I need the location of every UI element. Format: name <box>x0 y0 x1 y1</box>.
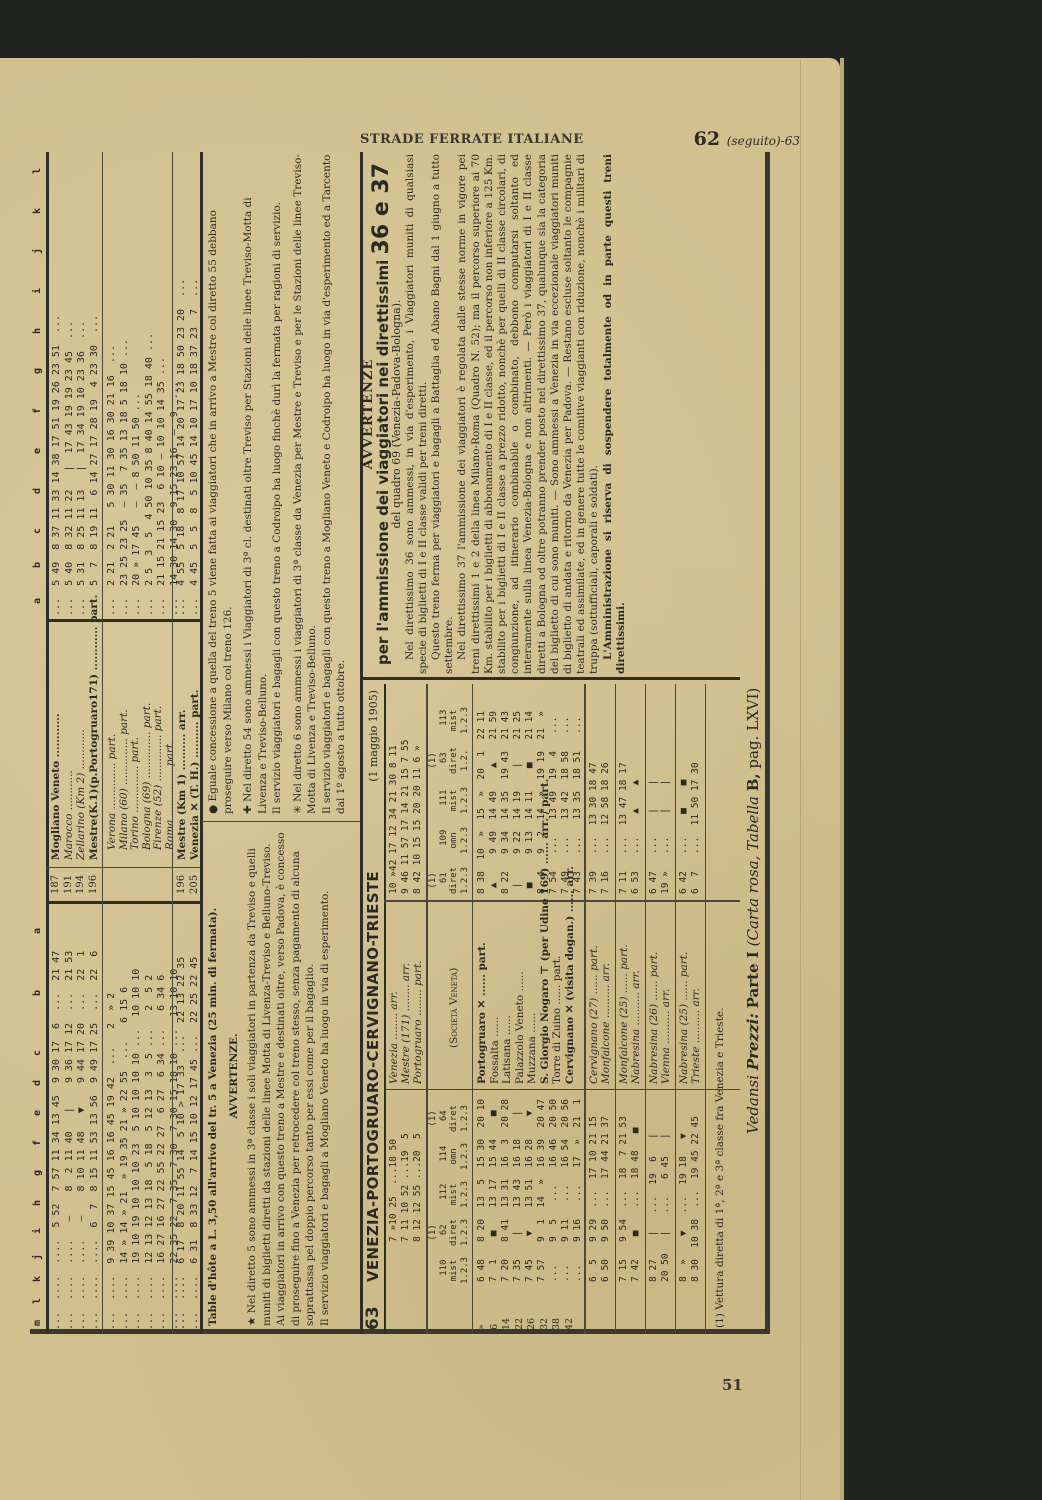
km-marker: 187 <box>50 875 61 894</box>
station-name: Venezia ✕ (T. H.) .......... part. <box>189 690 201 860</box>
connection-station: Torino .............. part. <box>129 737 141 850</box>
station-name: Mestre(K.1)(p.Portogruaro171) ..........… <box>88 595 100 860</box>
time-row: 10 »42 17 12 34 21 30 8 11 <box>388 745 400 894</box>
table-63-header: 63 VENEZIA-PORTOGRUARO-CERVIGNANO-TRIEST… <box>362 684 386 1334</box>
km-marker: 196 <box>88 875 99 894</box>
divider <box>615 684 616 1334</box>
time-row: 8 » ▼ ... 19 18 ▼ <box>678 1133 690 1282</box>
station-name: Torre di Zuino ...... part. <box>551 956 563 1084</box>
directissimi-notes: AVVERTENZE per l'ammissione dei viaggiat… <box>362 154 740 674</box>
km-marker: 38 <box>551 1318 563 1330</box>
note-servizio-mogliano: Il servizio viaggiatori e bagagli a Mogl… <box>318 826 333 1326</box>
connection-station: Verona .............. part. <box>106 734 118 850</box>
running-title: STRADE FERRATE ITALIANE <box>360 132 584 147</box>
time-row: 7 16 ... 12 58 18 26 <box>600 762 612 894</box>
column-letter: g <box>32 1170 43 1176</box>
column-letter: f <box>32 1140 43 1146</box>
company-name: (Società Veneta) <box>448 968 460 1048</box>
time-row: ... .... 19 10 19 10 10 10 23 5 10 10 10… <box>130 969 143 1330</box>
time-row: ... 2 5 3 5 4 50 10 35 8 40 14 55 18 40 … <box>143 333 156 616</box>
connection-station: Bologna (69) .............. part. <box>141 703 153 850</box>
km-marker: 32 <box>539 1318 551 1330</box>
time-row: ■ 9 13 14 11 ■ 21 14 <box>524 711 536 894</box>
time-row: 6 7 ... 11 50 17 30 <box>690 762 702 894</box>
note-diretto-54: ✚ Nel diretto 54 sono ammessi i Viaggiat… <box>241 154 270 814</box>
table-63: 63 VENEZIA-PORTOGRUARO-CERVIGNANO-TRIEST… <box>362 684 740 1334</box>
time-row: ... .... 6 31 8 33 12 7 14 15 10 12 17 4… <box>188 957 201 1330</box>
connection-station: Firenze (52) .............. part. <box>152 706 164 850</box>
column-letter: h <box>32 328 43 334</box>
time-row: 7 20 8 41 13 31 16 3 20 28 <box>500 1099 512 1282</box>
train-header: 109 omn 1.2.3 <box>428 827 470 854</box>
table-title: VENEZIA-PORTOGRUARO-CERVIGNANO-TRIESTE <box>364 871 382 1282</box>
time-row: ... 9 5 ... 16 46 20 50 <box>548 1099 560 1282</box>
column-letter: d <box>32 1080 43 1086</box>
directissimi-p2: Questo treno ferma per viaggiatori e bag… <box>430 154 456 674</box>
column-letter: l <box>32 168 43 174</box>
time-row: 8 42 10 15 15 20 20 11 6 » <box>412 745 424 894</box>
column-letter: k <box>32 208 43 214</box>
time-row: ... 9 11 ... 16 54 20 56 <box>560 1099 572 1282</box>
column-letter: a <box>32 598 43 604</box>
divider <box>472 684 473 1334</box>
station-name: Portogruaro ✕ ...... part. <box>476 942 488 1084</box>
page-ref: 62 (seguito)-63 <box>694 128 800 150</box>
train-header: 113 mist 1.2.3 <box>428 707 470 734</box>
time-row: 7 42 ■ ... 18 48 ■ <box>630 1128 642 1282</box>
column-letter: i <box>32 288 43 294</box>
km-marker: 6 <box>489 1324 501 1330</box>
km-marker: 194 <box>75 875 86 894</box>
station-name: Latisana ...... <box>501 1015 513 1084</box>
time-row: ... 5 31 8 25 11 13 | 17 34 19 10 23 36 … <box>75 321 88 616</box>
station-name: Mestre (171) ........ arr. <box>400 963 412 1084</box>
station-name: Palazzolo Veneto ...... <box>514 971 526 1084</box>
time-row: 7 45 ▼ 13 51 16 28 ▼ <box>524 1110 536 1282</box>
train-header: (1) 61 diret 1.2.3 <box>428 867 470 894</box>
train-header: (1) 63 diret 1.2. <box>428 747 470 774</box>
book-spine <box>840 58 844 1500</box>
station-name: Marocco ............ <box>63 770 75 860</box>
station-name: Muzzana ...... <box>526 1013 538 1084</box>
divider <box>675 684 676 1334</box>
note-diretto-6: ✳ Nel diretto 6 sono ammessi i viaggiato… <box>291 154 320 814</box>
column-letter: k <box>32 1276 43 1282</box>
time-row: 6 42 ... ■ ■ <box>678 780 690 894</box>
column-letter: j <box>32 248 43 254</box>
time-row: ... 2 21 2 21 5 30 11 30 16 30 21 16 ... <box>105 345 118 616</box>
notes-band: Table d'hôte a L. 3,50 all'arrivo del tr… <box>202 152 362 1334</box>
directissimi-p3: Nel direttissimo 37 l'ammissione dei via… <box>456 154 601 674</box>
column-letter: l <box>32 1298 43 1304</box>
column-letter: f <box>32 408 43 414</box>
km-marker: 14 <box>501 1318 513 1330</box>
column-letter: c <box>32 528 43 534</box>
column-letter: m <box>32 1320 43 1326</box>
time-row: 7 49 ... 13 42 18 58 ... <box>560 717 572 894</box>
time-row: 6 53 ... ▲ ▲ <box>630 780 642 894</box>
time-row: ... 9 16 ... 17 » 21 1 <box>572 1099 584 1282</box>
time-row: ... 5 7 8 19 11 6 14 27 17 28 19 4 23 30… <box>88 315 101 616</box>
station-name: Monfalcone (25) ...... part. <box>618 944 630 1084</box>
column-letter: i <box>32 1228 43 1234</box>
time-row: ... .... .... — 8 10 11 48 ▼ 9 44 17 20 … <box>75 951 88 1330</box>
station-name: Nabresina .......... arr. <box>630 970 642 1084</box>
time-row: 6 48 8 20 13 5 15 30 20 10 <box>476 1099 488 1282</box>
divider <box>384 900 740 902</box>
time-row: 7 43 ... 13 35 18 51 ... <box>572 717 584 894</box>
station-name: Fossalta ...... <box>489 1017 501 1084</box>
time-row: ... 5 40 8 32 11 22 | 17 43 19 19 23 45 … <box>63 321 76 616</box>
lower-section: 63 VENEZIA-PORTOGRUARO-CERVIGNANO-TRIEST… <box>362 152 740 1334</box>
time-row: ... .... 12 13 12 13 18 5 18 5 12 13 3 5… <box>143 975 156 1330</box>
km-marker: 205 <box>189 875 200 894</box>
station-name: Portogruaro ........ part. <box>412 960 424 1084</box>
prices-footer: Vedansi Prezzi: Parte I (Carta rosa, Tab… <box>742 152 766 1334</box>
divider <box>384 1089 740 1090</box>
time-row: 8 38 10 » 15 » 20 1 22 11 <box>476 711 488 894</box>
column-letter: c <box>32 1050 43 1056</box>
km-marker: 42 <box>564 1318 576 1330</box>
column-letter: b <box>32 562 43 568</box>
directissimi-subtitle: per l'ammissione dei viaggiatori nei dir… <box>375 154 390 674</box>
km-marker: 26 <box>526 1318 538 1330</box>
time-row: 7 11 ... 13 47 18 17 <box>618 762 630 894</box>
divider <box>645 684 646 1334</box>
time-row: ... .... 9 39 10 37 15 45 16 16 45 19 42… <box>105 993 118 1330</box>
time-row: 7 39 ... 13 30 18 47 <box>588 762 600 894</box>
time-row: ... .... 16 27 16 27 22 55 22 27 6 27 6 … <box>155 975 168 1330</box>
note-diretto-6-servizio: Il servizio viaggiatori e bagagli con qu… <box>320 154 349 814</box>
time-row: 20 50 | ... 6 45 | <box>660 1133 672 1282</box>
train-header: 114 omn 1.2.3 <box>428 1143 470 1170</box>
running-header: STRADE FERRATE ITALIANE 62 (seguito)-63 <box>360 128 800 154</box>
time-row: 7 57 9 1 14 » 16 39 20 47 <box>536 1099 548 1282</box>
column-letter: e <box>32 1110 43 1116</box>
time-row: ... 21 15 21 15 23 6 10 — 10 10 14 35 ..… <box>155 357 168 616</box>
time-row: 7 35 | 13 43 16 18 | <box>512 1110 524 1282</box>
station-name: Mestre (Km 1) .......... arr. <box>176 710 188 861</box>
time-row: 8 30 10 38 ... 19 45 22 45 <box>690 1116 702 1282</box>
km-marker: » <box>476 1324 488 1330</box>
station-name: Mogliano Veneto ............ <box>50 713 62 860</box>
column-letter: a <box>32 928 43 934</box>
station-name: Nabresina (25) ...... part. <box>678 952 690 1084</box>
train-header: 112 mist 1.2.3 <box>428 1181 470 1208</box>
time-row: 8 4 9 2 14 » 19 19 21 » <box>536 711 548 894</box>
page-number: 51 <box>722 1376 743 1394</box>
time-row: 7 54 ... 13 49 19 4 ... <box>548 717 560 894</box>
time-row: 7 1 ■ 13 17 15 44 ■ <box>488 1110 500 1282</box>
km-marker: 191 <box>63 875 74 894</box>
station-name: Cervignano ✕ (visita dogan.) ...... arr. <box>564 866 576 1084</box>
time-row: 8 22 9 34 14 35 19 43 21 43 <box>500 711 512 894</box>
station-name: Monfalcone .......... arr. <box>600 963 612 1084</box>
note-diretto-54-servizio: Il servizio viaggiatori e bagagli con qu… <box>270 154 285 814</box>
note-diretto-5: ★ Nel diretto 5 sono ammessi in 3ª class… <box>245 826 274 1326</box>
column-letter: b <box>32 990 43 996</box>
time-row: 7 11 10 52 ...19 5 <box>400 1133 412 1242</box>
divider <box>705 684 706 1334</box>
station-name: Trieste .......... arr. <box>690 988 702 1084</box>
station-name: Vienna .......... arr. <box>660 989 672 1084</box>
page-edge <box>800 60 839 1500</box>
directissimi-p4: L'Amministrazione si riserva di sospende… <box>602 154 628 674</box>
time-row: 19 » ... | | <box>660 780 672 894</box>
time-row: ▲ 9 49 14 49 ▲ 21 59 <box>488 711 500 894</box>
station-name: Cervignano (27) ...... part. <box>588 945 600 1084</box>
time-row: 8 12 12 55 ...20 5 <box>412 1133 424 1242</box>
station-list: 187Mogliano Veneto ............191Marocc… <box>48 624 202 864</box>
column-letters: mlkjihgfedcbaabcdefghijkl <box>32 152 46 1334</box>
time-row: ... 4 45 5 5 8 5 10 45 14 10 17 10 18 37… <box>188 279 201 616</box>
avvertenze-title: AVVERTENZE. <box>227 826 242 1326</box>
time-row: ... .... 14 » 14 » 21 » 19 35 21 » 22 55… <box>118 987 131 1330</box>
time-row: ... .... 6 17 8 20 11 55 14 5 10 > 17 33… <box>175 957 188 1330</box>
table-dhote-note: Table d'hôte a L. 3,50 all'arrivo del tr… <box>206 826 221 1326</box>
time-row: | 9 22 14 19 | 21 25 <box>512 711 524 894</box>
km-marker: 196 <box>176 875 187 894</box>
time-row: ... 23 25 23 25 — 35 7 35 13 18 5 18 10 … <box>118 339 131 616</box>
train-header: (1) 62 diret 1.2.3 <box>428 1219 470 1246</box>
time-row: 7 15 9 54 ... 18 7 21 53 <box>618 1116 630 1282</box>
time-row: 6 50 9 50 ... 17 44 21 37 <box>600 1116 612 1282</box>
station-name: Zellarino (Km 2) ............ <box>75 729 87 860</box>
table-62-continued: mlkjihgfedcbaabcdefghijkl ... .... .... … <box>30 152 202 1334</box>
column-letter: e <box>32 448 43 454</box>
connection-station: Roma .............. part. <box>164 741 176 850</box>
divider <box>584 684 586 1334</box>
time-row: 8 27 | ... 19 6 | <box>648 1133 660 1282</box>
column-letter: h <box>32 1200 43 1206</box>
column-letter: d <box>32 488 43 494</box>
directissimi-p1: Nel direttissimo 36 sono ammessi, in via… <box>404 154 430 674</box>
table-footnote: (1) Vettura diretta di 1ª, 2ª e 3ª class… <box>714 1008 726 1328</box>
note-eguale-concessione: ● Eguale concessione a quella del treno … <box>206 154 235 814</box>
station-name: Venezia ........ arr. <box>388 991 400 1084</box>
rotated-content: mlkjihgfedcbaabcdefghijkl ... .... .... … <box>30 152 765 1334</box>
time-row: 9 46 11 57 17 14 21 15 7 55 <box>400 740 412 894</box>
table-date: (1 maggio 1905) <box>367 690 380 782</box>
time-row: ... .... .... — 8 2 11 40 | 9 36 17 12 .… <box>63 951 76 1330</box>
column-letter: g <box>32 368 43 374</box>
time-row: 6 5 9 29 ... 17 10 21 15 <box>588 1116 600 1282</box>
time-row: 6 47 ... | | <box>648 780 660 894</box>
connection-station: Milano (60) .............. part. <box>118 709 130 850</box>
table-number: 63 <box>363 1306 383 1330</box>
train-header: (1) 64 diret 1.2.3 <box>428 1105 470 1132</box>
station-name: Nabresina (26) ...... part. <box>648 952 660 1084</box>
time-row: ... .... .... 5 52 7 57 11 34 13 45 9 30… <box>50 951 63 1330</box>
time-row: 7 »10 25 ...18 50 <box>388 1139 400 1242</box>
note-arrivo-mestre: Ai viaggiatori in arrivo con questo tren… <box>274 826 318 1326</box>
train-header: 111 mist 1.2.3 <box>428 787 470 814</box>
time-row: ... 5 49 8 37 11 33 14 38 17 51 19 26 23… <box>50 315 63 616</box>
km-marker: 22 <box>514 1318 526 1330</box>
time-row: ... 4 55 5 18 8 17 10 57 14 20 17 23 18 … <box>175 279 188 616</box>
time-row: ... .... .... 6 7 8 15 11 53 13 56 9 49 … <box>88 951 101 1330</box>
time-row: ... 20 » 17 45 — — 8 50 11 50 ... <box>130 393 143 616</box>
train-header: 110 mist 1.2.3 <box>428 1257 470 1284</box>
column-letter: j <box>32 1254 43 1260</box>
